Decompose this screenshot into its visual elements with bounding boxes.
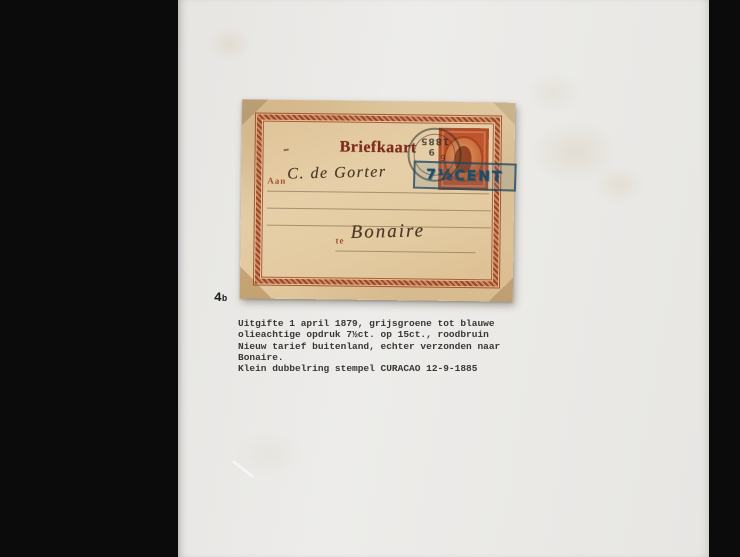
page-crease-mark <box>232 460 254 478</box>
caption-line: Bonaire. <box>238 352 528 363</box>
item-number-suffix: b <box>222 294 227 304</box>
album-page: Briefkaart 1885 6 9 7½CENT Aan C. de Gor… <box>178 0 709 557</box>
page-stain <box>530 120 620 184</box>
destination-handwriting: Bonaire <box>350 220 425 244</box>
page-stain <box>526 72 582 114</box>
photo-backdrop: Briefkaart 1885 6 9 7½CENT Aan C. de Gor… <box>0 0 740 557</box>
postmark-day: 6 <box>429 149 435 159</box>
te-label: te <box>335 235 344 245</box>
card-title: Briefkaart <box>340 139 417 158</box>
postcard-briefkaart: Briefkaart 1885 6 9 7½CENT Aan C. de Gor… <box>240 99 515 301</box>
overprint-7half-cent-bar: 7½CENT <box>413 161 517 192</box>
aan-label: Aan <box>267 176 286 186</box>
page-stain <box>208 26 252 62</box>
caption-line: Klein dubbelring stempel CURACAO 12-9-18… <box>238 363 528 374</box>
caption-line: Nieuw tarief buitenland, echter verzonde… <box>238 341 528 352</box>
postmark-year: 1885 <box>420 136 449 146</box>
addressee-name-handwriting: C. de Gorter <box>287 163 387 183</box>
caption-line: Uitgifte 1 april 1879, grijsgroene tot b… <box>238 318 528 329</box>
item-number-label: 4b <box>214 288 227 306</box>
item-number: 4 <box>214 290 222 305</box>
typed-caption: Uitgifte 1 april 1879, grijsgroene tot b… <box>238 318 528 374</box>
caption-line: olieachtige opdruk 7½ct. op 15ct., roodb… <box>238 329 528 340</box>
page-stain <box>593 165 645 205</box>
